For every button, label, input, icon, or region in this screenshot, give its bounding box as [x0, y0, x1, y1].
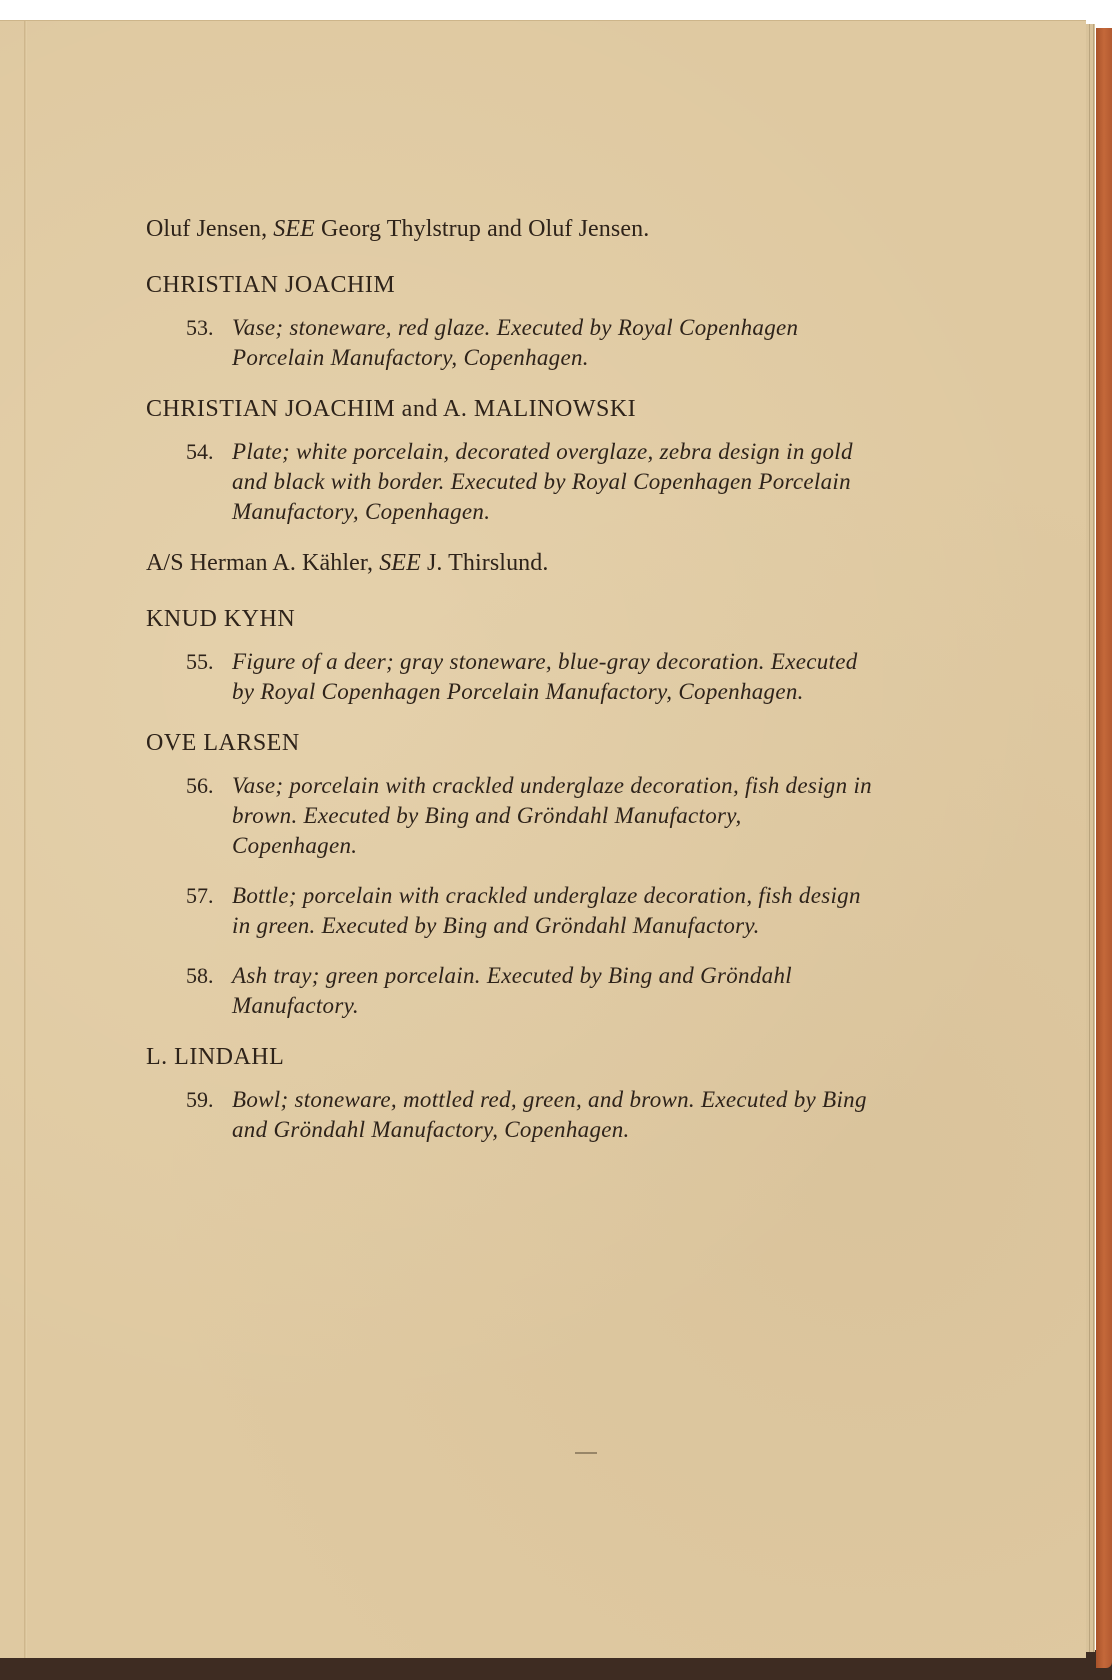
catalogue-entry: 58. Ash tray; green porcelain. Executed …	[146, 961, 874, 1021]
entry-number: 56.	[146, 771, 232, 861]
artist-heading: KNUD KYHN	[146, 603, 874, 635]
entry-description: Plate; white porcelain, decorated overgl…	[232, 437, 872, 527]
cross-reference-target: Georg Thylstrup and Oluf Jensen.	[321, 216, 649, 242]
gutter-fold	[24, 21, 27, 1658]
entry-number: 59.	[146, 1085, 232, 1145]
artist-heading: OVE LARSEN	[146, 727, 874, 759]
entry-description: Figure of a deer; gray stoneware, blue-g…	[232, 647, 872, 707]
see-label: SEE	[273, 216, 315, 242]
ink-mark	[575, 1452, 597, 1454]
entry-description: Vase; porcelain with crackled underglaze…	[232, 771, 872, 861]
entry-description: Bowl; stoneware, mottled red, green, and…	[232, 1085, 872, 1145]
cross-reference-name: Oluf Jensen,	[146, 216, 267, 242]
cross-reference-target: J. Thirslund.	[427, 550, 549, 576]
entry-description: Vase; stoneware, red glaze. Executed by …	[232, 313, 872, 373]
artist-section: KNUD KYHN 55. Figure of a deer; gray sto…	[146, 603, 874, 707]
entry-number: 58.	[146, 961, 232, 1021]
entry-number: 53.	[146, 313, 232, 373]
catalogue-entry: 56. Vase; porcelain with crackled underg…	[146, 771, 874, 861]
artist-section: CHRISTIAN JOACHIM 53. Vase; stoneware, r…	[146, 269, 874, 373]
artist-section: L. LINDAHL 59. Bowl; stoneware, mottled …	[146, 1041, 874, 1145]
artist-heading: L. LINDAHL	[146, 1041, 874, 1073]
cross-reference: Oluf Jensen, SEE Georg Thylstrup and Olu…	[146, 213, 874, 245]
catalogue-entry: 57. Bottle; porcelain with crackled unde…	[146, 881, 874, 941]
cross-reference-name: A/S Herman A. Kähler,	[146, 550, 373, 576]
book-cover-edge	[1096, 28, 1112, 1668]
catalogue-entry: 53. Vase; stoneware, red glaze. Executed…	[146, 313, 874, 373]
entry-number: 55.	[146, 647, 232, 707]
artist-heading: CHRISTIAN JOACHIM	[146, 269, 874, 301]
artist-section: OVE LARSEN 56. Vase; porcelain with crac…	[146, 727, 874, 1021]
catalogue-entry: 59. Bowl; stoneware, mottled red, green,…	[146, 1085, 874, 1145]
book-page: Oluf Jensen, SEE Georg Thylstrup and Olu…	[0, 20, 1086, 1658]
entry-number: 54.	[146, 437, 232, 527]
catalogue-entry: 55. Figure of a deer; gray stoneware, bl…	[146, 647, 874, 707]
entry-description: Ash tray; green porcelain. Executed by B…	[232, 961, 872, 1021]
catalogue-entry: 54. Plate; white porcelain, decorated ov…	[146, 437, 874, 527]
cross-reference: A/S Herman A. Kähler, SEE J. Thirslund.	[146, 547, 874, 579]
see-label: SEE	[379, 550, 421, 576]
artist-section: CHRISTIAN JOACHIM and A. MALINOWSKI 54. …	[146, 393, 874, 527]
entry-description: Bottle; porcelain with crackled undergla…	[232, 881, 872, 941]
artist-heading: CHRISTIAN JOACHIM and A. MALINOWSKI	[146, 393, 874, 425]
entry-number: 57.	[146, 881, 232, 941]
catalogue-content: Oluf Jensen, SEE Georg Thylstrup and Olu…	[146, 213, 874, 1165]
